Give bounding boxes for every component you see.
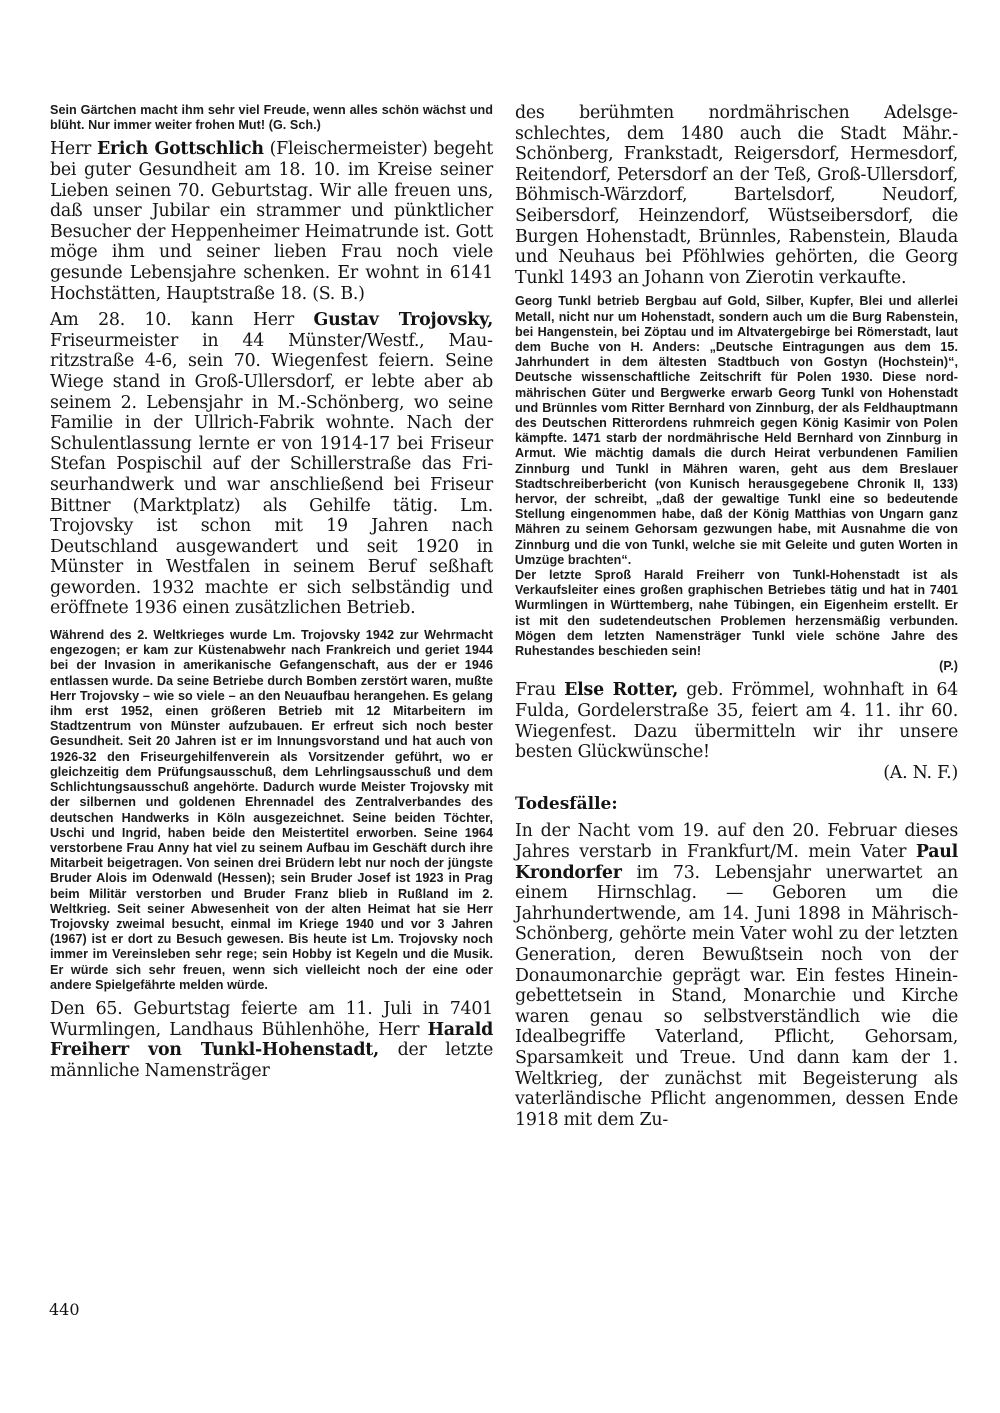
paragraph-georg-tunkl: Georg Tunkl betrieb Bergbau auf Gold, Si… xyxy=(515,294,958,568)
paragraph-text-pre: Frau xyxy=(515,680,564,700)
paragraph-else-rotter: Frau Else Rotter, geb. Frömmel, wohnhaft… xyxy=(515,680,958,783)
paragraph-text-pre: Am 28. 10. kann Herr xyxy=(50,310,313,330)
paragraph-tunkl-birthday: Den 65. Geburtstag feierte am 11. Juli i… xyxy=(50,999,493,1081)
paragraph-text-post: (Fleischermeister) begeht bei guter Gesu… xyxy=(50,139,493,303)
left-column: Sein Gärtchen macht ihm sehr viel Freude… xyxy=(50,103,493,1081)
person-name: Erich Gottschlich xyxy=(97,139,264,159)
paragraph-garden-note: Sein Gärtchen macht ihm sehr viel Freude… xyxy=(50,103,493,133)
paragraph-text-post: Friseurmeister in 44 Münster/Westf., Mau… xyxy=(50,331,493,619)
signature: (A. N. F.) xyxy=(515,763,958,784)
section-heading-deaths: Todesfälle: xyxy=(515,793,958,815)
paragraph-gottschlich: Herr Erich Gottschlich (Fleischermeister… xyxy=(50,139,493,304)
paragraph-tunkl-lineage: des berühmten nordmährischen Adelsge­sch… xyxy=(515,103,958,288)
paragraph-krondorfer: In der Nacht vom 19. auf den 20. Februar… xyxy=(515,821,958,1130)
paragraph-text-pre: Herr xyxy=(50,139,97,159)
document-page: Sein Gärtchen macht ihm sehr viel Freude… xyxy=(0,0,1000,1413)
paragraph-trojovsky-war: Während des 2. Weltkrieges wurde Lm. Tro… xyxy=(50,628,493,993)
signature: (P.) xyxy=(515,659,958,674)
paragraph-text: des berühmten nordmährischen Adelsge­sch… xyxy=(515,103,958,288)
paragraph-text-pre: Den 65. Geburtstag feierte am 11. Juli i… xyxy=(50,999,493,1040)
paragraph-text: Während des 2. Weltkrieges wurde Lm. Tro… xyxy=(50,628,493,992)
paragraph-last-scion: Der letzte Sproß Harald Freiherr von Tun… xyxy=(515,568,958,674)
right-column: des berühmten nordmährischen Adelsge­sch… xyxy=(515,103,958,1130)
person-name: Gustav Trojovsky, xyxy=(313,310,493,330)
paragraph-text-pre: In der Nacht vom 19. auf den 20. Februar… xyxy=(515,821,958,862)
paragraph-trojovsky: Am 28. 10. kann Herr Gustav Trojovsky, F… xyxy=(50,310,493,619)
paragraph-text: Georg Tunkl betrieb Bergbau auf Gold, Si… xyxy=(515,294,958,566)
paragraph-text: Sein Gärtchen macht ihm sehr viel Freude… xyxy=(50,103,493,132)
paragraph-text: Der letzte Sproß Harald Freiherr von Tun… xyxy=(515,568,958,658)
paragraph-text-post: im 73. Lebens­jahr unerwartet an einem H… xyxy=(515,863,958,1130)
page-number: 440 xyxy=(49,1300,80,1319)
person-name: Else Rotter, xyxy=(564,680,678,700)
